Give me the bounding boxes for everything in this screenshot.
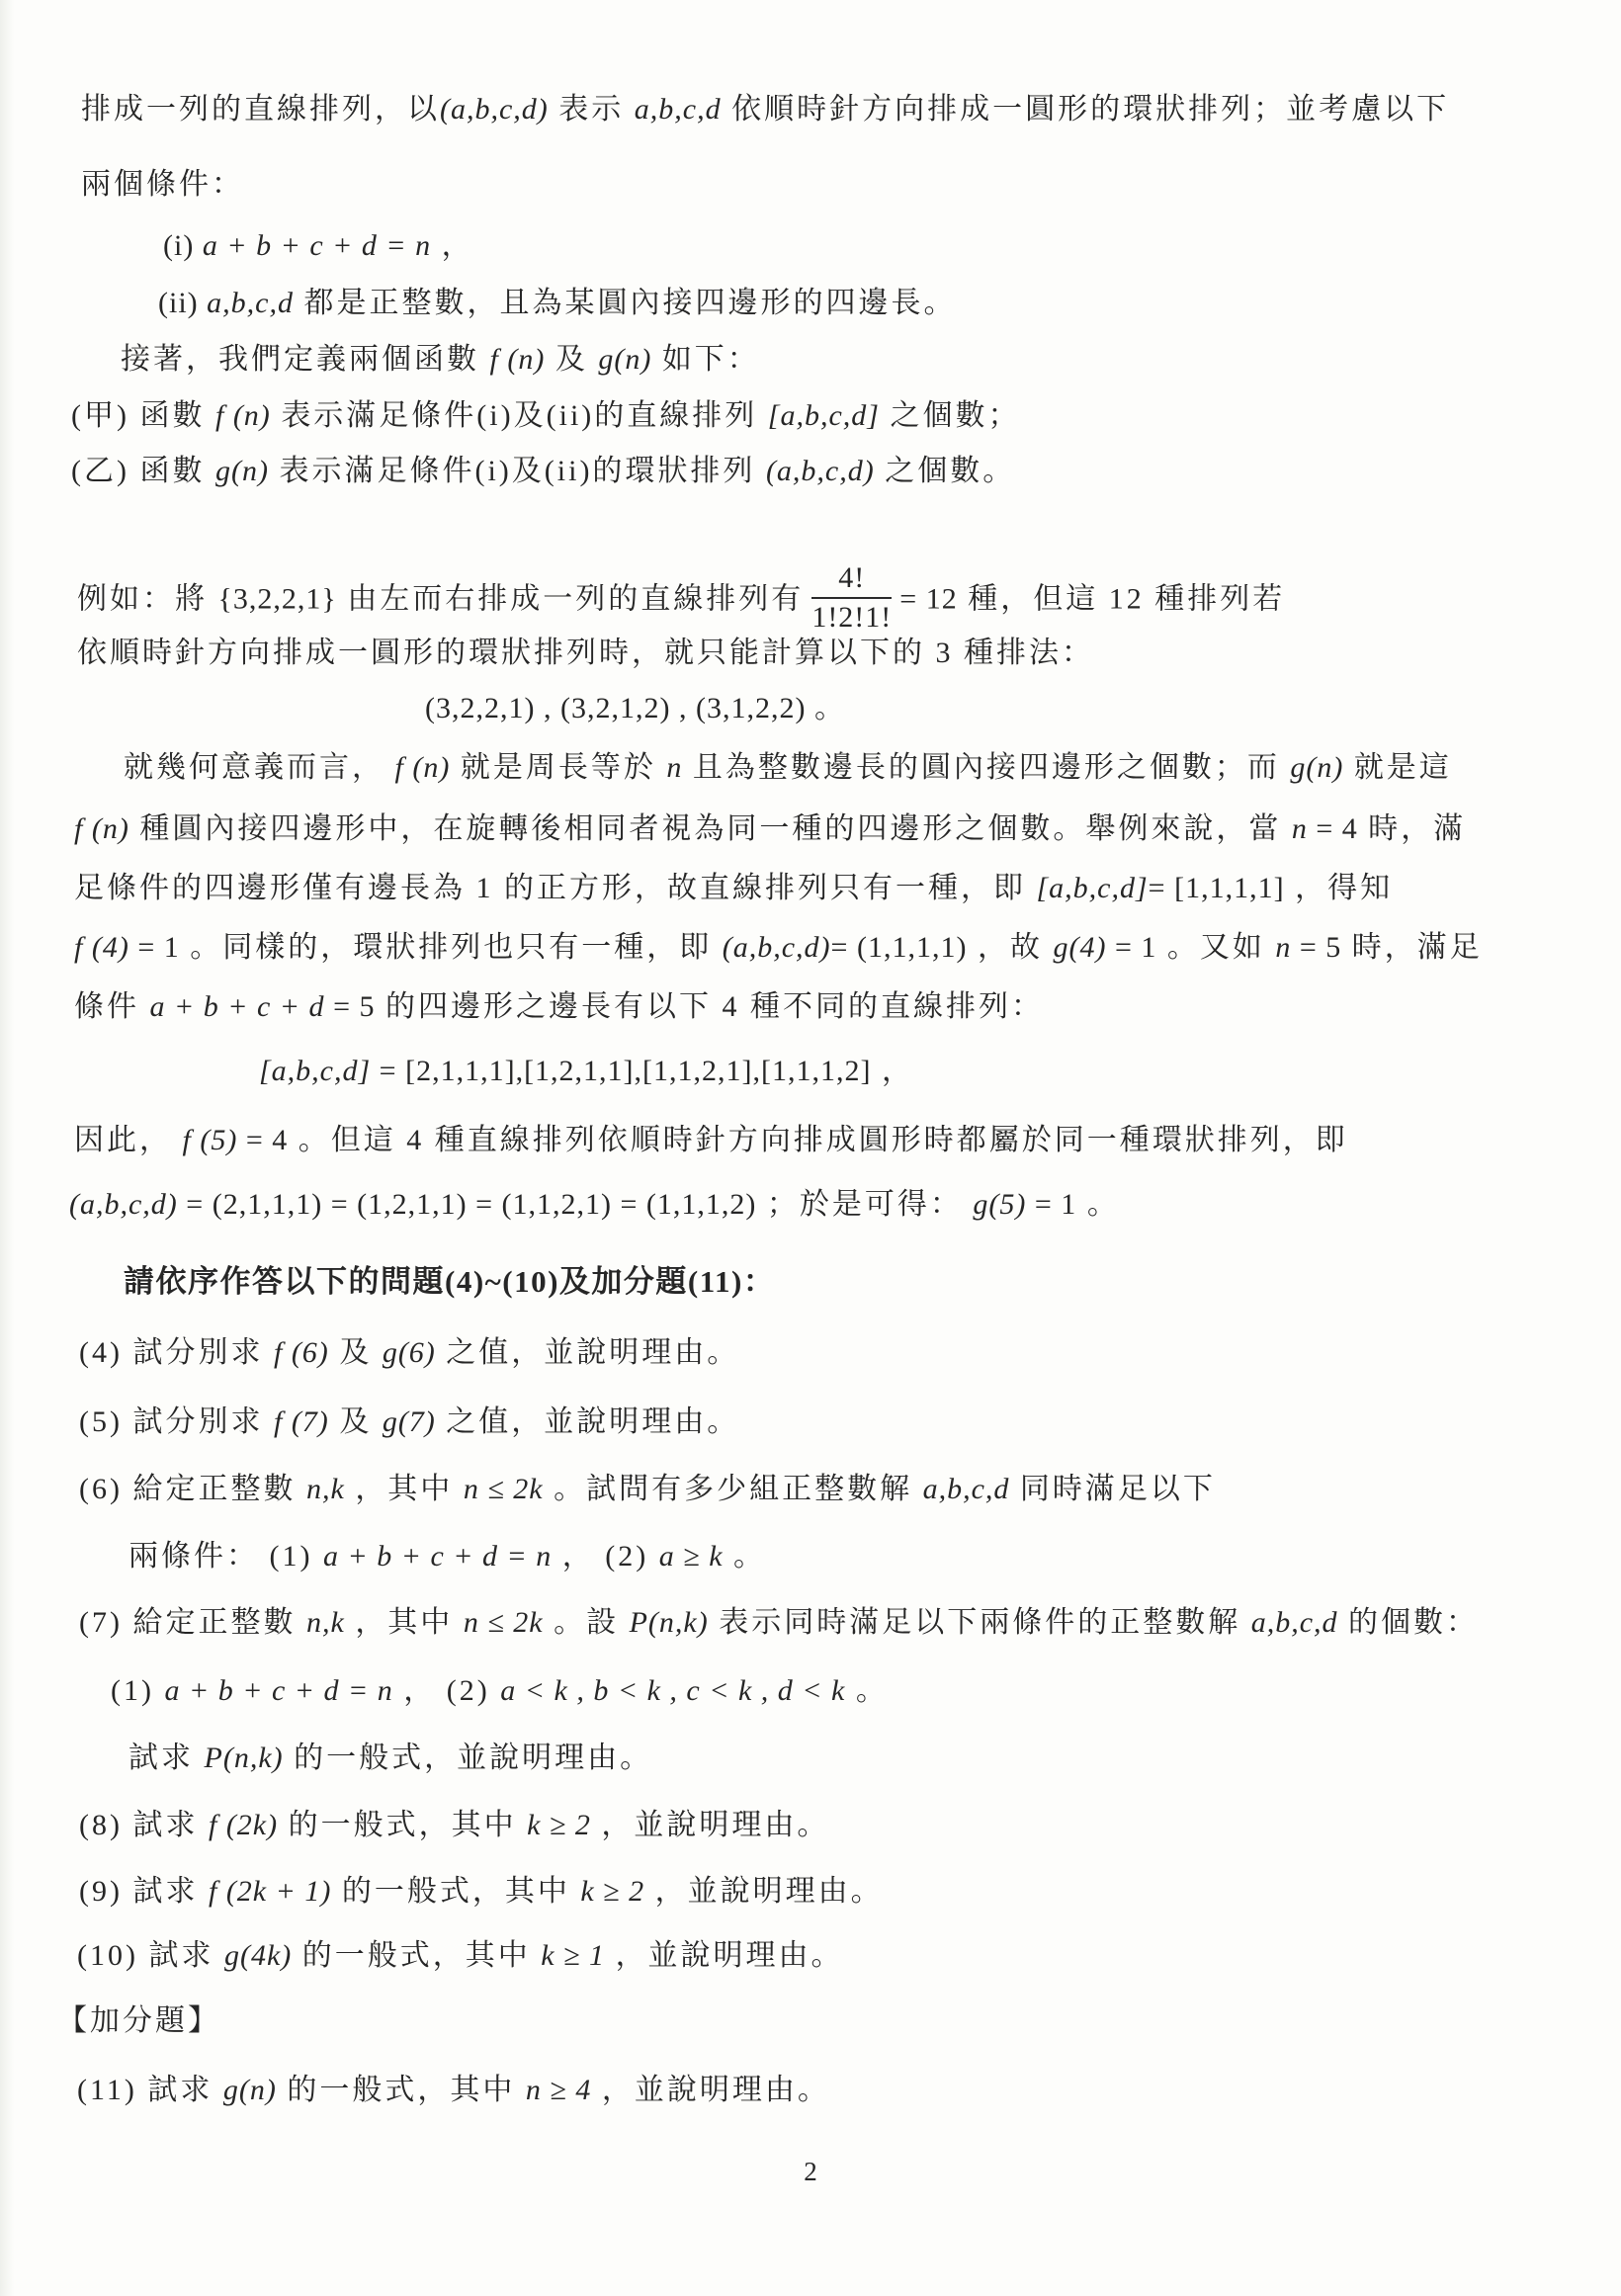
text-segment: g(n) xyxy=(215,455,269,487)
text-segment: f (4) xyxy=(74,931,129,964)
document-line-18: (a,b,c,d) = (2,1,1,1) = (1,2,1,1) = (1,1… xyxy=(69,1186,1120,1224)
text-segment: P(n,k) xyxy=(630,1606,709,1639)
text-segment: (a,b,c,d) xyxy=(723,931,831,964)
text-segment: k ≥ 2 xyxy=(527,1809,591,1841)
text-segment: (9) 試求 xyxy=(79,1875,209,1908)
text-segment: [a,b,c,d] xyxy=(1037,872,1149,904)
document-line-7: (乙) 函數 g(n) 表示滿足條件(i)及(ii)的環狀排列 (a,b,c,d… xyxy=(71,453,1015,490)
text-segment: g(5) xyxy=(973,1188,1026,1221)
text-segment: k ≥ 1 xyxy=(541,1939,605,1972)
text-segment: ，並說明理由。 xyxy=(591,1809,830,1841)
document-line-26: 試求 P(n,k) 的一般式，並說明理由。 xyxy=(128,1740,652,1777)
text-segment: ， (2) xyxy=(552,1540,658,1573)
text-segment: = (2,1,1,1) = (1,2,1,1) = (1,1,2,1) = (1… xyxy=(178,1188,757,1221)
text-segment: (11) 試求 xyxy=(77,2074,223,2106)
text-segment: g(n) xyxy=(223,2074,277,2106)
text-segment: ， xyxy=(872,1055,915,1087)
document-line-11: 就幾何意義而言， f (n) 就是周長等於 n 且為整數邊長的圓內接四邊形之個數… xyxy=(124,749,1452,787)
text-segment: (1) xyxy=(111,1674,164,1707)
text-segment: g(4) xyxy=(1053,931,1106,964)
text-segment: 。又如 xyxy=(1156,931,1275,964)
text-segment: k ≥ 2 xyxy=(580,1875,644,1908)
text-segment: 依順時針方向排成一圓形的環狀排列時，就只能計算以下的 3 種排法： xyxy=(77,637,1094,669)
text-segment: 都是正整數，且為某圓內接四邊形的四邊長。 xyxy=(294,287,957,319)
document-line-9: 依順時針方向排成一圓形的環狀排列時，就只能計算以下的 3 種排法： xyxy=(77,635,1094,672)
text-segment: g(6) xyxy=(383,1336,436,1369)
text-segment: 依順時針方向排成一圓形的環狀排列；並考慮以下 xyxy=(722,93,1450,126)
text-segment: a ≥ k xyxy=(659,1540,724,1573)
text-segment: f (5) xyxy=(183,1124,238,1156)
document-line-15: 條件 a + b + c + d = 5 的四邊形之邊長有以下 4 種不同的直線… xyxy=(74,988,1044,1026)
text-segment: 的一般式，並說明理由。 xyxy=(284,1742,653,1774)
text-segment: 及 xyxy=(329,1336,383,1369)
text-segment: 之個數。 xyxy=(875,455,1016,487)
text-segment: P(n,k) xyxy=(205,1742,284,1774)
document-line-4: (ii) a,b,c,d 都是正整數，且為某圓內接四邊形的四邊長。 xyxy=(158,285,956,322)
text-segment: n,k xyxy=(306,1473,345,1505)
text-segment: 。 xyxy=(845,1674,889,1707)
text-segment: (4) 試分別求 xyxy=(79,1336,274,1369)
text-segment: [a,b,c,d] xyxy=(259,1055,371,1087)
text-segment: = 4 xyxy=(1308,812,1358,845)
text-segment: ，其中 xyxy=(345,1606,464,1639)
text-segment: ， xyxy=(431,229,474,262)
text-segment: f (n) xyxy=(395,751,451,784)
text-segment: 之值，並說明理由。 xyxy=(436,1405,740,1438)
fraction: 4!1!2!1! xyxy=(811,562,892,635)
text-segment: ， (2) xyxy=(393,1674,500,1707)
text-segment: = 12 xyxy=(899,582,957,615)
text-segment: 種圓內接四邊形中，在旋轉後相同者視為同一種的四邊形之個數。舉例來說，當 xyxy=(129,812,1292,845)
document-line-27: (8) 試求 f (2k) 的一般式，其中 k ≥ 2 ，並說明理由。 xyxy=(79,1807,829,1844)
text-segment: a + b + c + d = n xyxy=(323,1540,552,1573)
text-segment: g(n) xyxy=(1290,751,1343,784)
document-line-14: f (4) = 1 。同樣的，環狀排列也只有一種，即 (a,b,c,d)= (1… xyxy=(74,929,1483,967)
text-segment: g(n) xyxy=(598,343,651,376)
text-segment: a + b + c + d = n xyxy=(203,229,431,262)
text-segment: (乙) 函數 xyxy=(71,455,215,487)
text-segment: 之值，並說明理由。 xyxy=(436,1336,740,1369)
document-line-29: (10) 試求 g(4k) 的一般式，其中 k ≥ 1 ，並說明理由。 xyxy=(77,1937,844,1975)
text-segment: a,b,c,d xyxy=(1251,1606,1338,1639)
text-segment: a + b + c + d xyxy=(150,990,325,1023)
text-segment: 。設 xyxy=(544,1606,630,1639)
text-segment: (ii) xyxy=(158,287,207,319)
text-segment: 及 xyxy=(329,1405,383,1438)
text-segment: (6) 給定正整數 xyxy=(79,1473,306,1505)
document-line-24: (7) 給定正整數 n,k ，其中 n ≤ 2k 。設 P(n,k) 表示同時滿… xyxy=(79,1604,1479,1642)
text-segment: (a,b,c,d) xyxy=(766,455,875,487)
document-line-17: 因此， f (5) = 4 。但這 4 種直線排列依順時針方向排成圓形時都屬於同… xyxy=(74,1122,1348,1159)
text-segment: 試求 xyxy=(128,1742,205,1774)
document-line-3: (i) a + b + c + d = n ， xyxy=(163,227,474,265)
text-segment: 。 xyxy=(814,692,847,724)
text-segment: [a,b,c,d] xyxy=(768,399,880,432)
text-segment: a + b + c + d = n xyxy=(164,1674,392,1707)
text-segment: 時，滿足 xyxy=(1341,931,1483,964)
text-segment: n xyxy=(666,751,682,784)
text-segment: n xyxy=(1292,812,1308,845)
document-line-31: (11) 試求 g(n) 的一般式，其中 n ≥ 4 ，並說明理由。 xyxy=(77,2072,830,2109)
text-segment: = [2,1,1,1],[1,2,1,1],[1,1,2,1],[1,1,1,2… xyxy=(371,1055,871,1087)
document-line-6: (甲) 函數 f (n) 表示滿足條件(i)及(ii)的直線排列 [a,b,c,… xyxy=(71,397,1020,435)
text-segment: a,b,c,d xyxy=(635,93,722,126)
text-segment: 同時滿足以下 xyxy=(1009,1473,1216,1505)
text-segment: = [1,1,1,1] xyxy=(1149,872,1285,904)
text-segment: 的個數： xyxy=(1338,1606,1480,1639)
text-segment: 。 xyxy=(1076,1188,1120,1221)
text-segment: f (2k + 1) xyxy=(209,1875,331,1908)
text-segment: n xyxy=(1275,931,1291,964)
text-segment: f (n) xyxy=(490,343,546,376)
text-segment: (甲) 函數 xyxy=(71,399,215,432)
text-segment: g(7) xyxy=(383,1405,436,1438)
document-line-19: 請依序作答以下的問題(4)~(10)及加分題(11)： xyxy=(124,1263,775,1302)
text-segment: f (n) xyxy=(215,399,271,432)
text-segment: 表示滿足條件(i)及(ii)的環狀排列 xyxy=(269,455,766,487)
text-segment: n ≥ 4 xyxy=(526,2074,591,2106)
text-segment: 。 xyxy=(724,1540,767,1573)
text-segment: 如下： xyxy=(651,343,760,376)
text-segment: g(4k) xyxy=(224,1939,292,1972)
text-segment: 種，但這 12 種排列若 xyxy=(958,582,1286,615)
text-segment: a < k , b < k , c < k , d < k xyxy=(500,1674,845,1707)
text-segment: 排成一列的直線排列，以 xyxy=(81,93,440,126)
text-segment: 的一般式，其中 xyxy=(278,1809,527,1841)
document-page: 2 排成一列的直線排列，以(a,b,c,d) 表示 a,b,c,d 依順時針方向… xyxy=(0,0,1621,2296)
text-segment: 。但這 4 種直線排列依順時針方向排成圓形時都屬於同一種環狀排列，即 xyxy=(288,1124,1348,1156)
text-segment: = 4 xyxy=(237,1124,288,1156)
text-segment: (10) 試求 xyxy=(77,1939,224,1972)
document-line-1: 排成一列的直線排列，以(a,b,c,d) 表示 a,b,c,d 依順時針方向排成… xyxy=(81,91,1449,128)
text-segment: {3,2,2,1} xyxy=(218,582,337,615)
text-segment: 表示 xyxy=(549,93,635,126)
document-line-30: 【加分題】 xyxy=(57,2002,220,2040)
text-segment: f (7) xyxy=(274,1405,329,1438)
text-segment: 因此， xyxy=(74,1124,183,1156)
text-segment: ，並說明理由。 xyxy=(591,2074,830,2106)
document-line-22: (6) 給定正整數 n,k ，其中 n ≤ 2k 。試問有多少組正整數解 a,b… xyxy=(79,1471,1216,1508)
document-line-2: 兩個條件： xyxy=(81,166,244,204)
text-segment: 接著，我們定義兩個函數 xyxy=(121,343,490,376)
text-segment: 足條件的四邊形僅有邊長為 1 的正方形，故直線排列只有一種，即 xyxy=(74,872,1037,904)
text-segment: ，故 xyxy=(967,931,1053,964)
text-segment: = 1 xyxy=(1106,931,1156,964)
document-line-28: (9) 試求 f (2k + 1) 的一般式，其中 k ≥ 2 ，並說明理由。 xyxy=(79,1873,884,1911)
text-segment: 的一般式，其中 xyxy=(277,2074,526,2106)
text-segment: 由左而右排成一列的直線排列有 xyxy=(337,582,805,615)
text-segment: a,b,c,d xyxy=(923,1473,1010,1505)
document-line-23: 兩條件： (1) a + b + c + d = n ， (2) a ≥ k 。 xyxy=(128,1538,766,1575)
document-line-25: (1) a + b + c + d = n ， (2) a < k , b < … xyxy=(111,1672,889,1710)
document-line-10: (3,2,2,1) , (3,2,1,2) , (3,1,2,2) 。 xyxy=(425,690,847,727)
text-segment: = 1 xyxy=(129,931,180,964)
text-segment: a,b,c,d xyxy=(207,287,294,319)
text-segment: 就幾何意義而言， xyxy=(124,751,395,784)
document-line-21: (5) 試分別求 f (7) 及 g(7) 之值，並說明理由。 xyxy=(79,1403,739,1441)
text-segment: 時，滿 xyxy=(1358,812,1467,845)
document-line-20: (4) 試分別求 f (6) 及 g(6) 之值，並說明理由。 xyxy=(79,1334,739,1372)
document-line-13: 足條件的四邊形僅有邊長為 1 的正方形，故直線排列只有一種，即 [a,b,c,d… xyxy=(74,870,1393,907)
text-segment: 之個數； xyxy=(880,399,1021,432)
text-segment: n,k xyxy=(306,1606,345,1639)
document-line-16: [a,b,c,d] = [2,1,1,1],[1,2,1,1],[1,1,2,1… xyxy=(259,1053,914,1090)
text-segment: (i) xyxy=(163,229,203,262)
text-segment: = 5 xyxy=(325,990,376,1023)
text-segment: ，並說明理由。 xyxy=(605,1939,844,1972)
document-line-8: 例如：將 {3,2,2,1} 由左而右排成一列的直線排列有4!1!2!1!= 1… xyxy=(77,565,1285,638)
text-segment: (5) 試分別求 xyxy=(79,1405,274,1438)
text-segment: = 5 xyxy=(1291,931,1341,964)
text-segment: 。試問有多少組正整數解 xyxy=(544,1473,923,1505)
text-segment: 表示滿足條件(i)及(ii)的直線排列 xyxy=(271,399,768,432)
text-segment: 【加分題】 xyxy=(57,2004,220,2037)
text-segment: ，其中 xyxy=(345,1473,464,1505)
text-segment: (3,2,2,1) , (3,2,1,2) , (3,1,2,2) xyxy=(425,692,814,724)
text-segment: 就是這 xyxy=(1343,751,1452,784)
text-segment: 條件 xyxy=(74,990,150,1023)
text-segment: n ≤ 2k xyxy=(464,1606,544,1639)
text-segment: f (2k) xyxy=(209,1809,278,1841)
text-segment: ，得知 xyxy=(1285,872,1394,904)
text-segment: = (1,1,1,1) xyxy=(831,931,968,964)
text-segment: 請依序作答以下的問題(4)~(10)及加分題(11)： xyxy=(124,1264,775,1299)
text-segment: ，並說明理由。 xyxy=(644,1875,884,1908)
text-segment: ；於是可得： xyxy=(756,1188,973,1221)
text-segment: (a,b,c,d) xyxy=(440,93,549,126)
text-segment: (7) 給定正整數 xyxy=(79,1606,306,1639)
text-segment: f (6) xyxy=(274,1336,329,1369)
text-segment: 兩條件： (1) xyxy=(128,1540,323,1573)
text-segment: (8) 試求 xyxy=(79,1809,209,1841)
text-segment: 。同樣的，環狀排列也只有一種，即 xyxy=(180,931,723,964)
scan-edge-artifact xyxy=(0,0,14,2296)
text-segment: = 1 xyxy=(1026,1188,1076,1221)
text-segment: f (n) xyxy=(74,812,129,845)
page-number: 2 xyxy=(0,2157,1621,2187)
text-segment: 的一般式，其中 xyxy=(292,1939,541,1972)
text-segment: 及 xyxy=(545,343,598,376)
text-segment: 就是周長等於 xyxy=(450,751,666,784)
text-segment: 的一般式，其中 xyxy=(331,1875,580,1908)
text-segment: 例如：將 xyxy=(77,582,218,615)
text-segment: n ≤ 2k xyxy=(464,1473,544,1505)
document-line-12: f (n) 種圓內接四邊形中，在旋轉後相同者視為同一種的四邊形之個數。舉例來說，… xyxy=(74,810,1466,848)
text-segment: (a,b,c,d) xyxy=(69,1188,178,1221)
text-segment: 且為整數邊長的圓內接四邊形之個數；而 xyxy=(682,751,1290,784)
text-segment: 的四邊形之邊長有以下 4 種不同的直線排列： xyxy=(375,990,1044,1023)
document-line-5: 接著，我們定義兩個函數 f (n) 及 g(n) 如下： xyxy=(121,341,760,379)
text-segment: 兩個條件： xyxy=(81,168,244,201)
text-segment: 表示同時滿足以下兩條件的正整數解 xyxy=(709,1606,1251,1639)
